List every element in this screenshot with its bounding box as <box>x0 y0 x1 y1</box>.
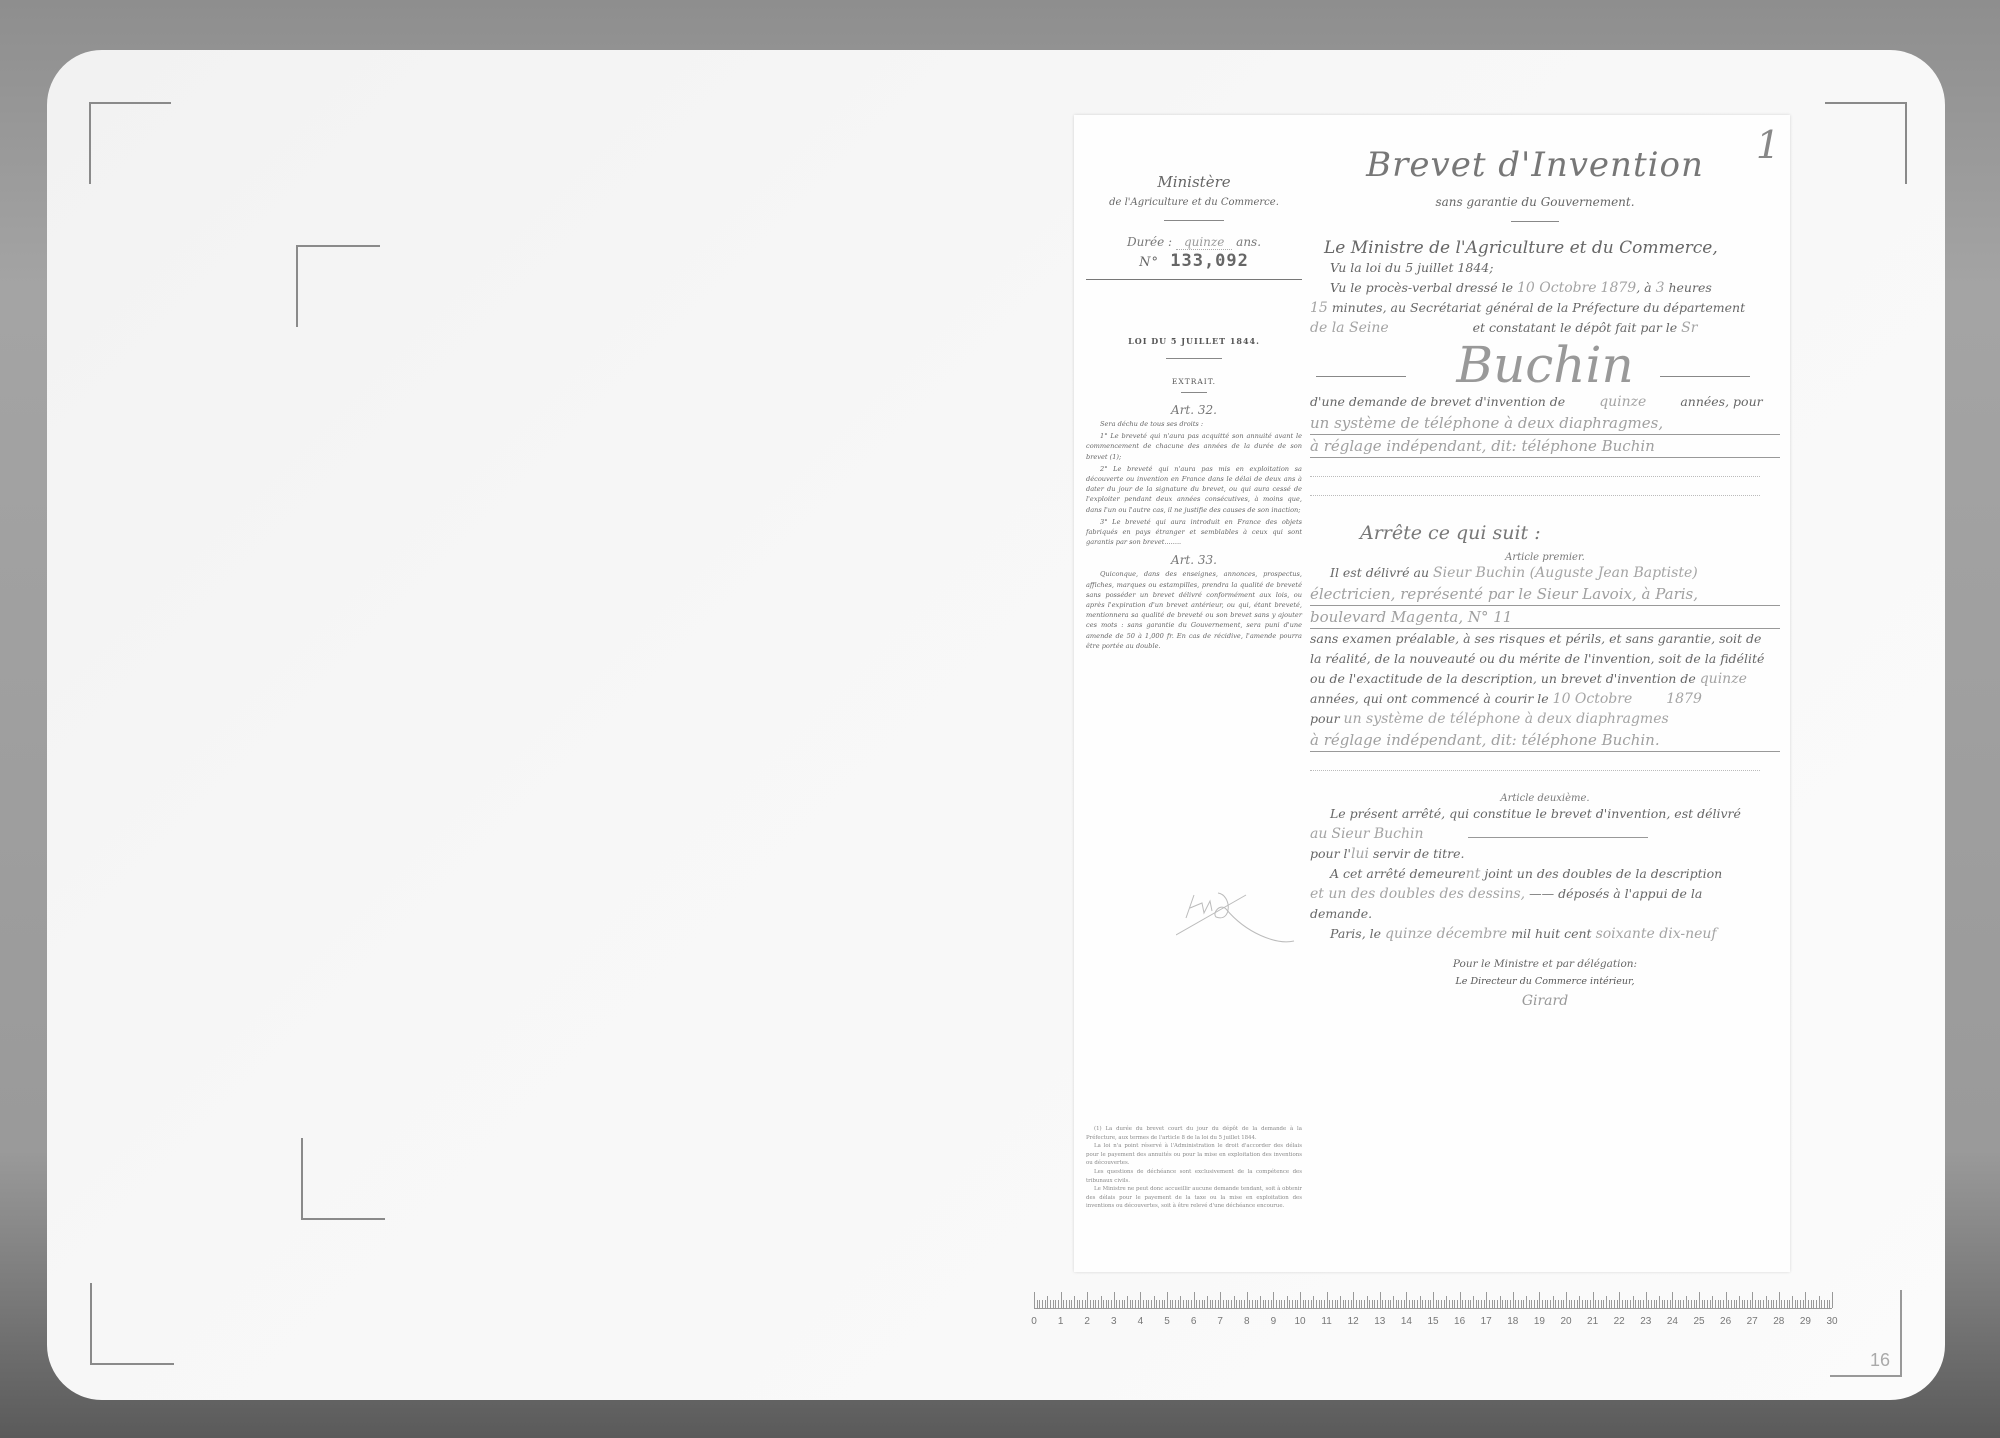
ruler-tick <box>1414 1300 1415 1308</box>
ruler-tick <box>1603 1300 1604 1308</box>
handwritten-text: et un des doubles des dessins, <box>1310 886 1525 902</box>
ruler-tick <box>1263 1300 1264 1308</box>
ruler-tick <box>1710 1300 1711 1308</box>
ruler-tick <box>1359 1300 1360 1308</box>
ruler-tick <box>1444 1300 1445 1308</box>
ruler-tick <box>1255 1300 1256 1308</box>
ruler-tick <box>1553 1296 1554 1308</box>
ruler-tick <box>1585 1300 1586 1308</box>
ruler-tick <box>1353 1292 1354 1308</box>
ruler-tick <box>1202 1300 1203 1308</box>
ruler-tick <box>1186 1300 1187 1308</box>
ruler-label: 19 <box>1534 1316 1545 1327</box>
ruler-tick <box>1087 1292 1088 1308</box>
article-32-text: Sera déchu de tous ses droits :1° Le bre… <box>1086 419 1302 547</box>
article-2-joint: A cet arrêté demeurent joint un des doub… <box>1310 864 1780 884</box>
ruler-tick <box>1082 1300 1083 1308</box>
ruler-tick <box>1079 1300 1080 1308</box>
ruler-tick <box>1249 1300 1250 1308</box>
ruler-tick <box>1066 1300 1067 1308</box>
handwritten-text: lui <box>1351 846 1369 862</box>
ruler-tick <box>1462 1300 1463 1308</box>
text: pour <box>1310 711 1340 726</box>
article-1-text-3: ou de l'exactitude de la description, un… <box>1310 669 1780 689</box>
handwritten-date: 10 Octobre <box>1553 691 1633 707</box>
ruler-tick <box>1784 1300 1785 1308</box>
ruler-tick <box>1297 1300 1298 1308</box>
ruler-tick <box>1236 1300 1237 1308</box>
law-paragraph: La loi n'a point réservé à l'Administrat… <box>1086 1142 1302 1168</box>
handwritten-title: Sr <box>1681 320 1697 336</box>
ruler-tick <box>1656 1300 1657 1308</box>
ministry-subheading: de l'Agriculture et du Commerce. <box>1086 197 1302 208</box>
ruler-label: 7 <box>1217 1316 1223 1327</box>
text: années, qui ont commencé à courir le <box>1310 691 1549 706</box>
ruler-tick <box>1050 1300 1051 1308</box>
ruler-tick <box>1635 1300 1636 1308</box>
ruler-tick <box>1821 1300 1822 1308</box>
ruler-tick <box>1257 1300 1258 1308</box>
ruler-tick <box>1167 1292 1168 1308</box>
ruler-label: 1 <box>1058 1316 1064 1327</box>
ruler-tick <box>1797 1300 1798 1308</box>
article-1-text-2: la réalité, de la nouveauté ou du mérite… <box>1310 649 1780 669</box>
ruler-tick <box>1430 1300 1431 1308</box>
ruler-tick <box>1348 1300 1349 1308</box>
text: —— déposés à l'appui de la <box>1529 886 1702 901</box>
ruler-tick <box>1367 1296 1368 1308</box>
ruler-tick <box>1531 1300 1532 1308</box>
ruler-tick <box>1529 1300 1530 1308</box>
ruler-tick <box>1103 1300 1104 1308</box>
ruler-tick <box>1154 1296 1155 1308</box>
ruler-tick <box>1771 1300 1772 1308</box>
ruler-tick <box>1787 1300 1788 1308</box>
ruler-tick <box>1537 1300 1538 1308</box>
ruler-tick <box>1781 1300 1782 1308</box>
text: minutes, au Secrétariat général de la Pr… <box>1332 300 1745 315</box>
ruler-tick <box>1454 1300 1455 1308</box>
ruler-tick <box>1478 1300 1479 1308</box>
delegation-line: Pour le Ministre et par délégation: <box>1310 958 1780 970</box>
ruler-label: 26 <box>1720 1316 1731 1327</box>
ruler-tick <box>1470 1300 1471 1308</box>
ruler-tick <box>1127 1296 1128 1308</box>
ruler-tick <box>1563 1300 1564 1308</box>
ruler-label: 24 <box>1667 1316 1678 1327</box>
ruler-tick <box>1723 1300 1724 1308</box>
article-2-date: Paris, le quinze décembre mil huit cent … <box>1310 924 1780 944</box>
article-1-invention-1: pour un système de téléphone à deux diap… <box>1310 709 1780 729</box>
ruler-tick <box>1199 1300 1200 1308</box>
text: années, pour <box>1680 394 1762 409</box>
ruler-tick <box>1789 1300 1790 1308</box>
ruler-label: 13 <box>1374 1316 1385 1327</box>
ruler-tick <box>1633 1296 1634 1308</box>
document-subtitle: sans garantie du Gouvernement. <box>1290 195 1780 209</box>
ruler-tick <box>1316 1300 1317 1308</box>
ruler-label: 17 <box>1481 1316 1492 1327</box>
ruler-tick <box>1340 1296 1341 1308</box>
ruler-tick <box>1707 1300 1708 1308</box>
ruler-tick <box>1699 1292 1700 1308</box>
ruler-tick <box>1260 1296 1261 1308</box>
divider <box>1166 358 1222 359</box>
ruler-tick <box>1226 1300 1227 1308</box>
ruler-tick <box>1292 1300 1293 1308</box>
ruler-tick <box>1643 1300 1644 1308</box>
ruler-tick <box>1356 1300 1357 1308</box>
ruler-tick <box>1281 1300 1282 1308</box>
crop-mark-top-right <box>1825 102 1907 184</box>
ruler-tick <box>1720 1300 1721 1308</box>
ruler-tick <box>1140 1292 1141 1308</box>
ruler-tick <box>1526 1296 1527 1308</box>
ruler-label: 6 <box>1191 1316 1197 1327</box>
ruler-tick <box>1558 1300 1559 1308</box>
ruler-tick <box>1220 1292 1221 1308</box>
ruler-tick <box>1457 1300 1458 1308</box>
law-paragraph: Quiconque, dans des enseignes, annonces,… <box>1086 569 1302 651</box>
ruler-label: 23 <box>1640 1316 1651 1327</box>
text: et constatant le dépôt fait par le <box>1473 320 1678 335</box>
ruler-tick <box>1545 1300 1546 1308</box>
text: Il est délivré au <box>1330 565 1429 580</box>
ruler-tick <box>1289 1300 1290 1308</box>
ruler-tick <box>1625 1300 1626 1308</box>
inner-crop-mark-top-left <box>296 245 380 327</box>
ruler-tick <box>1510 1300 1511 1308</box>
ruler-tick <box>1680 1300 1681 1308</box>
ministry-heading: Ministère <box>1086 173 1302 191</box>
ruler-tick <box>1063 1300 1064 1308</box>
proces-verbal-line: Vu le procès-verbal dressé le 10 Octobre… <box>1310 278 1780 298</box>
ruler-tick <box>1380 1292 1381 1308</box>
ruler-tick <box>1175 1300 1176 1308</box>
law-paragraph: Les questions de déchéance sont exclusiv… <box>1086 1168 1302 1185</box>
ruler-tick <box>1265 1300 1266 1308</box>
handwritten-department: de la Seine <box>1310 320 1389 336</box>
ruler-label: 15 <box>1427 1316 1438 1327</box>
ruler-tick <box>1678 1300 1679 1308</box>
blank-rule <box>1468 837 1648 838</box>
ruler-tick <box>1420 1296 1421 1308</box>
ruler-label: 3 <box>1111 1316 1117 1327</box>
signature-block: Pour le Ministre et par délégation: Le D… <box>1310 958 1780 1009</box>
ruler-tick <box>1728 1300 1729 1308</box>
document-title: Brevet d'Invention <box>1290 145 1780 185</box>
ruler-tick <box>1210 1300 1211 1308</box>
text: d'une demande de brevet d'invention de <box>1310 394 1565 409</box>
article-2-joint-2: et un des doubles des dessins, —— déposé… <box>1310 884 1780 904</box>
ruler-tick <box>1130 1300 1131 1308</box>
ruler-label: 11 <box>1321 1316 1331 1327</box>
initials-stamp-icon <box>1176 873 1296 943</box>
ruler-tick <box>1734 1300 1735 1308</box>
ruler-tick <box>1409 1300 1410 1308</box>
ruler-tick <box>1143 1300 1144 1308</box>
law-paragraph: Sera déchu de tous ses droits : <box>1086 419 1302 429</box>
article-1-invention-2: à réglage indépendant, dit: téléphone Bu… <box>1310 729 1780 752</box>
ruler-tick <box>1598 1300 1599 1308</box>
article-2-demande: demande. <box>1310 904 1780 924</box>
ruler-tick <box>1148 1300 1149 1308</box>
text: ou de l'exactitude de la description, un… <box>1310 671 1696 686</box>
ruler-tick <box>1058 1300 1059 1308</box>
ruler-tick <box>1162 1300 1163 1308</box>
ruler-tick <box>1321 1300 1322 1308</box>
ruler-tick <box>1085 1300 1086 1308</box>
ruler-label: 20 <box>1560 1316 1571 1327</box>
ruler-tick <box>1691 1300 1692 1308</box>
crop-mark-bottom-left <box>90 1283 174 1365</box>
article-2-title: Article deuxième. <box>1310 793 1780 804</box>
ruler-tick <box>1039 1300 1040 1308</box>
patent-number: N° 133,092 <box>1086 251 1302 271</box>
ruler-tick <box>1776 1300 1777 1308</box>
ruler-tick <box>1037 1300 1038 1308</box>
blank-line <box>1310 477 1760 496</box>
ruler-tick <box>1119 1300 1120 1308</box>
ruler-tick <box>1808 1300 1809 1308</box>
ruler-tick <box>1138 1300 1139 1308</box>
ruler-tick <box>1630 1300 1631 1308</box>
ruler-tick <box>1417 1300 1418 1308</box>
ruler-tick <box>1468 1300 1469 1308</box>
ruler-label: 16 <box>1454 1316 1465 1327</box>
beneficiary-line-3: boulevard Magenta, N° 11 <box>1310 606 1780 629</box>
article-1-commence: années, qui ont commencé à courir le 10 … <box>1310 689 1780 709</box>
ruler-tick <box>1500 1296 1501 1308</box>
ruler-tick <box>1436 1300 1437 1308</box>
ruler-tick <box>1295 1300 1296 1308</box>
ruler-tick <box>1515 1300 1516 1308</box>
ruler-tick <box>1124 1300 1125 1308</box>
ruler-tick <box>1361 1300 1362 1308</box>
ruler-tick <box>1534 1300 1535 1308</box>
duration-label: Durée : <box>1127 235 1172 249</box>
beneficiary-line-2: électricien, représenté par le Sieur Lav… <box>1310 583 1780 606</box>
measurement-ruler: 0123456789101112131415161718192021222324… <box>1030 1284 1840 1334</box>
ruler-tick <box>1305 1300 1306 1308</box>
ruler-tick <box>1744 1300 1745 1308</box>
ruler-tick <box>1324 1300 1325 1308</box>
ruler-tick <box>1627 1300 1628 1308</box>
handwritten-invention: un système de téléphone à deux diaphragm… <box>1344 711 1669 727</box>
ruler-tick <box>1156 1300 1157 1308</box>
ruler-tick <box>1303 1300 1304 1308</box>
minutes-line: 15 minutes, au Secrétariat général de la… <box>1310 298 1780 318</box>
ruler-tick <box>1452 1300 1453 1308</box>
ruler-tick <box>1047 1296 1048 1308</box>
ruler-label: 4 <box>1138 1316 1144 1327</box>
handwritten-hour: 3 <box>1656 280 1665 296</box>
ruler-tick <box>1101 1296 1102 1308</box>
handwritten-years: quinze <box>1700 671 1747 687</box>
ruler-label: 25 <box>1693 1316 1704 1327</box>
ruler-tick <box>1045 1300 1046 1308</box>
ruler-tick <box>1795 1300 1796 1308</box>
ruler-tick <box>1811 1300 1812 1308</box>
ruler-tick <box>1566 1292 1567 1308</box>
ruler-tick <box>1108 1300 1109 1308</box>
ruler-tick <box>1670 1300 1671 1308</box>
ruler-tick <box>1484 1300 1485 1308</box>
ruler-tick <box>1667 1300 1668 1308</box>
ruler-tick <box>1465 1300 1466 1308</box>
patent-document-page: 1 Ministère de l'Agriculture et du Comme… <box>1074 115 1790 1272</box>
ruler-label: 8 <box>1244 1316 1250 1327</box>
ruler-tick <box>1382 1300 1383 1308</box>
ruler-tick <box>1747 1300 1748 1308</box>
archive-sheet-number: 16 <box>1870 1350 1890 1371</box>
ruler-tick <box>1587 1300 1588 1308</box>
ruler-tick <box>1337 1300 1338 1308</box>
ruler-tick <box>1827 1300 1828 1308</box>
ruler-tick <box>1204 1300 1205 1308</box>
article-1-beneficiary: Il est délivré au Sieur Buchin (Auguste … <box>1310 563 1780 583</box>
ruler-tick <box>1369 1300 1370 1308</box>
ruler-tick <box>1132 1300 1133 1308</box>
ruler-tick <box>1611 1300 1612 1308</box>
director-line: Le Directeur du Commerce intérieur, <box>1310 976 1780 987</box>
ruler-tick <box>1106 1300 1107 1308</box>
ruler-tick <box>1401 1300 1402 1308</box>
ruler-tick <box>1244 1300 1245 1308</box>
handwritten-text: au <box>1310 826 1327 842</box>
ruler-tick <box>1343 1300 1344 1308</box>
ruler-tick <box>1406 1292 1407 1308</box>
ruler-tick <box>1164 1300 1165 1308</box>
ruler-tick <box>1385 1300 1386 1308</box>
handwritten-year: 1879 <box>1666 691 1702 707</box>
ruler-tick <box>1234 1296 1235 1308</box>
ruler-tick <box>1074 1296 1075 1308</box>
ruler-tick <box>1619 1292 1620 1308</box>
ruler-label: 28 <box>1773 1316 1784 1327</box>
arrete-heading: Arrête ce qui suit : <box>1360 522 1780 544</box>
ruler-tick <box>1561 1300 1562 1308</box>
ruler-tick <box>1792 1296 1793 1308</box>
ruler-tick <box>1271 1300 1272 1308</box>
text: mil huit cent <box>1511 926 1591 941</box>
ruler-label: 18 <box>1507 1316 1518 1327</box>
ruler-tick <box>1042 1300 1043 1308</box>
ruler-tick <box>1393 1296 1394 1308</box>
ruler-tick <box>1617 1300 1618 1308</box>
ruler-tick <box>1672 1292 1673 1308</box>
ruler-tick <box>1646 1292 1647 1308</box>
divider <box>1181 392 1207 393</box>
ruler-label: 21 <box>1587 1316 1598 1327</box>
ruler-tick <box>1593 1292 1594 1308</box>
text: Vu le procès-verbal dressé le <box>1330 280 1513 295</box>
left-column: Ministère de l'Agriculture et du Commerc… <box>1086 173 1302 653</box>
ruler-tick <box>1191 1300 1192 1308</box>
extract-label: EXTRAIT. <box>1086 377 1302 386</box>
ruler-tick <box>1571 1300 1572 1308</box>
ruler-tick <box>1372 1300 1373 1308</box>
ruler-tick <box>1247 1292 1248 1308</box>
ruler-tick <box>1481 1300 1482 1308</box>
ruler-tick <box>1595 1300 1596 1308</box>
duration-line: Durée : quinze ans. <box>1086 235 1302 249</box>
handwritten-year: soixante dix-neuf <box>1596 926 1717 942</box>
ruler-tick <box>1146 1300 1147 1308</box>
ruler-tick <box>1284 1300 1285 1308</box>
ruler-tick <box>1223 1300 1224 1308</box>
ruler-tick <box>1779 1292 1780 1308</box>
ruler-tick <box>1313 1296 1314 1308</box>
ruler-tick <box>1276 1300 1277 1308</box>
ruler-tick <box>1622 1300 1623 1308</box>
handwritten-years: quinze <box>1599 394 1646 410</box>
ruler-tick <box>1502 1300 1503 1308</box>
ruler-tick <box>1364 1300 1365 1308</box>
ruler-tick <box>1816 1300 1817 1308</box>
ruler-tick <box>1768 1300 1769 1308</box>
ruler-tick <box>1311 1300 1312 1308</box>
ruler-tick <box>1332 1300 1333 1308</box>
ruler-tick <box>1122 1300 1123 1308</box>
ruler-tick <box>1446 1296 1447 1308</box>
ruler-tick <box>1518 1300 1519 1308</box>
ruler-tick <box>1098 1300 1099 1308</box>
ruler-tick <box>1712 1296 1713 1308</box>
ruler-tick <box>1606 1296 1607 1308</box>
ruler-tick <box>1433 1292 1434 1308</box>
ruler-tick <box>1760 1300 1761 1308</box>
ruler-tick <box>1739 1296 1740 1308</box>
ruler-tick <box>1212 1300 1213 1308</box>
ruler-tick <box>1824 1300 1825 1308</box>
ruler-tick <box>1662 1300 1663 1308</box>
ruler-tick <box>1696 1300 1697 1308</box>
ruler-tick <box>1489 1300 1490 1308</box>
ruler-tick <box>1704 1300 1705 1308</box>
law-paragraph: 1° Le breveté qui n'aura pas acquitté so… <box>1086 431 1302 462</box>
duration-value: quinze <box>1176 235 1232 250</box>
ruler-tick <box>1702 1300 1703 1308</box>
ruler-tick <box>1151 1300 1152 1308</box>
text: servir de titre. <box>1373 846 1465 861</box>
handwritten-date: 10 Octobre <box>1517 280 1597 296</box>
ruler-tick <box>1550 1300 1551 1308</box>
ruler-tick <box>1686 1296 1687 1308</box>
ruler-tick <box>1763 1300 1764 1308</box>
ruler-tick <box>1542 1300 1543 1308</box>
ruler-tick <box>1476 1300 1477 1308</box>
ruler-tick <box>1090 1300 1091 1308</box>
ruler-tick <box>1492 1300 1493 1308</box>
law-paragraph: (1) La durée du brevet court du jour du … <box>1086 1125 1302 1142</box>
ruler-tick <box>1390 1300 1391 1308</box>
ruler-tick <box>1335 1300 1336 1308</box>
ruler-tick <box>1640 1300 1641 1308</box>
ruler-tick <box>1609 1300 1610 1308</box>
article-1-title: Article premier. <box>1310 552 1780 563</box>
ruler-label: 2 <box>1084 1316 1090 1327</box>
ruler-tick <box>1664 1300 1665 1308</box>
footnotes: (1) La durée du brevet court du jour du … <box>1086 1125 1302 1211</box>
ruler-tick <box>1218 1300 1219 1308</box>
ruler-tick <box>1638 1300 1639 1308</box>
ruler-tick <box>1494 1300 1495 1308</box>
article-33-title: Art. 33. <box>1086 553 1302 567</box>
ruler-tick <box>1114 1292 1115 1308</box>
ruler-tick <box>1279 1300 1280 1308</box>
ruler-tick <box>1601 1300 1602 1308</box>
